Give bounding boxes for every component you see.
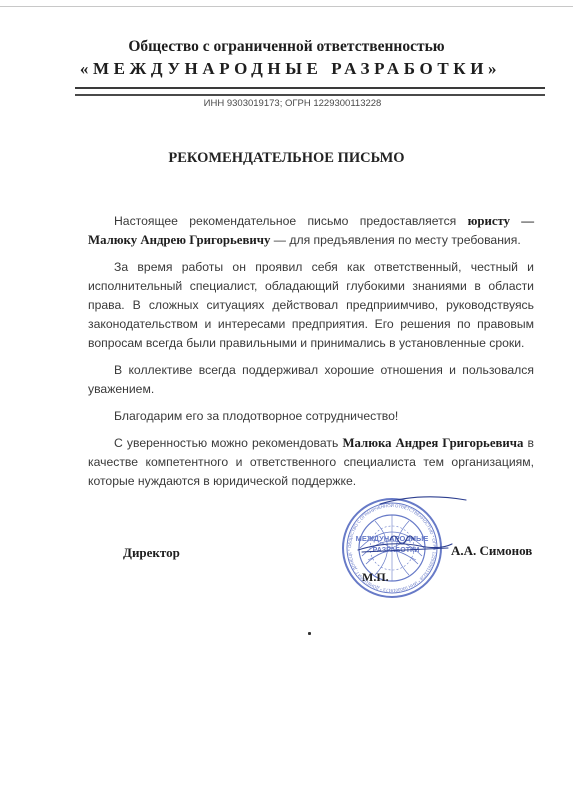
paragraph-qualities: За время работы он проявил себя как отве… [88, 258, 534, 353]
header-divider-thin [75, 94, 545, 96]
paragraph-recommend: С уверенностью можно рекомендовать Малюк… [88, 434, 534, 491]
organization-name: «МЕЖДУНАРОДНЫЕ РАЗРАБОТКИ» [0, 59, 573, 79]
paragraph-team: В коллективе всегда поддерживал хорошие … [88, 361, 534, 399]
signatory-role: Директор [123, 545, 180, 561]
document-title: РЕКОМЕНДАТЕЛЬНОЕ ПИСЬМО [0, 150, 573, 167]
scan-speck [308, 632, 311, 635]
organization-type: Общество с ограниченной ответственностью [0, 38, 573, 56]
header-divider-thick [75, 87, 545, 89]
intro-text-start: Настоящее рекомендательное письмо предос… [114, 214, 468, 228]
scan-edge-line [0, 6, 573, 7]
recommended-name-bold: Малюка Андрея Григорьевича [342, 436, 523, 450]
recommend-text-start: С уверенностью можно рекомендовать [114, 436, 342, 450]
letter-body: Настоящее рекомендательное письмо предос… [88, 212, 534, 499]
registration-ids: ИНН 9303019173; ОГРН 1229300113228 [0, 98, 573, 109]
paragraph-intro: Настоящее рекомендательное письмо предос… [88, 212, 534, 250]
intro-text-end: — для предъявления по месту требования. [270, 233, 520, 247]
paragraph-thanks: Благодарим его за плодотворное сотруднич… [88, 407, 534, 426]
signatory-name: А.А. Симонов [451, 543, 532, 559]
seal-place-label: М.П. [362, 570, 389, 585]
